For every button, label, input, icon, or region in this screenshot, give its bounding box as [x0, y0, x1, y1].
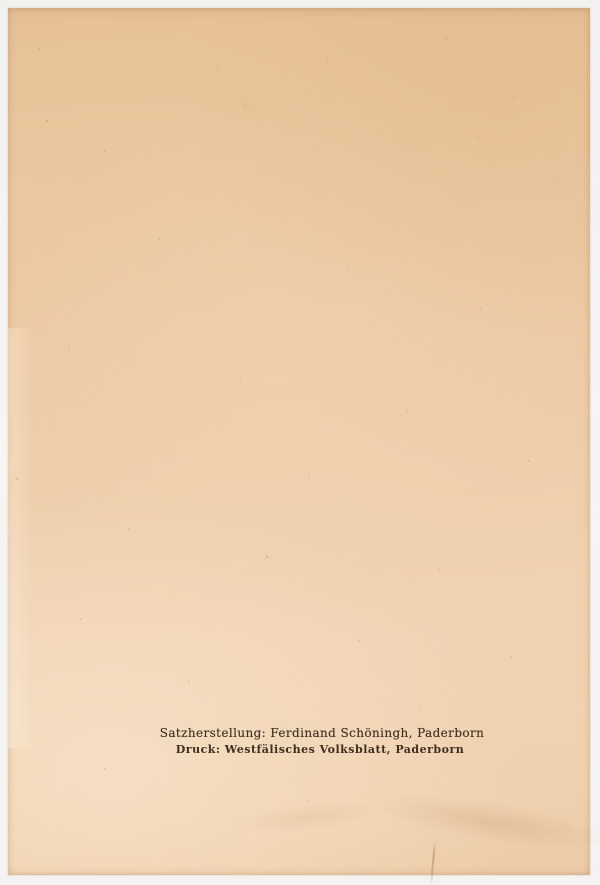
paper-crease-shadow-2 — [202, 786, 406, 851]
book-page: Satzherstellung: Ferdinand Schöningh, Pa… — [8, 8, 590, 875]
paper-speckles — [8, 8, 10, 10]
colophon: Satzherstellung: Ferdinand Schöningh, Pa… — [31, 726, 600, 757]
scan-background: Satzherstellung: Ferdinand Schöningh, Pa… — [0, 0, 600, 885]
colophon-printer-line: Druck: Westfälisches Volksblatt, Paderbo… — [29, 742, 600, 757]
paper-crease-line — [430, 840, 436, 885]
colophon-typesetter-line: Satzherstellung: Ferdinand Schöningh, Pa… — [31, 726, 600, 741]
paper-wear-band — [8, 328, 34, 748]
